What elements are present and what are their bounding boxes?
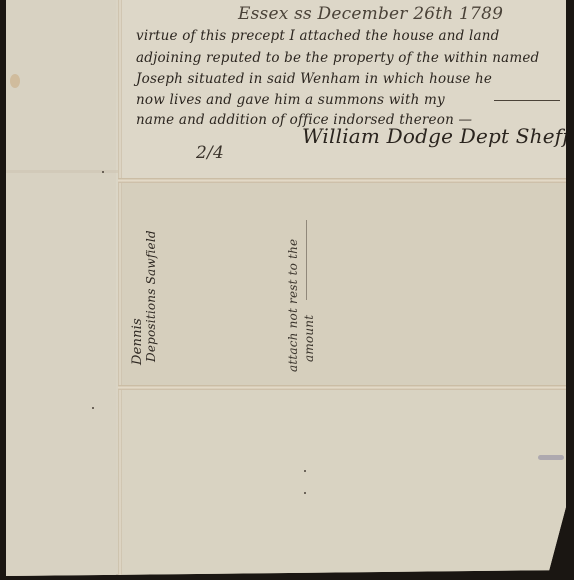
ink-smudge: [538, 455, 564, 460]
body-line-3: Joseph situated in said Wenham in which …: [136, 73, 492, 87]
ink-speck: [304, 492, 306, 494]
body-line-2: adjoining reputed to be the property of …: [136, 52, 539, 66]
document-viewer: Essex ss December 26th 1789 virtue of th…: [0, 0, 574, 580]
middle-docket-panel: [118, 182, 566, 387]
paper-sheet: Essex ss December 26th 1789 virtue of th…: [6, 0, 566, 576]
date-header: Essex ss December 26th 1789: [238, 4, 503, 24]
age-stain: [10, 74, 20, 88]
left-fold-panel: [6, 0, 116, 576]
horizontal-fold-crease-lower: [118, 385, 566, 390]
docket-name: Dennis: [130, 318, 145, 365]
bottom-blank-panel: [118, 389, 566, 576]
vertical-ink-rule: [306, 220, 307, 300]
horizontal-fold-crease-upper: [118, 178, 566, 183]
signature: William Dodge Dept Sheff: [302, 124, 570, 148]
ink-speck: [102, 171, 104, 173]
body-line-4: now lives and gave him a summons with my: [136, 94, 445, 108]
ink-speck: [304, 470, 306, 472]
ink-speck: [92, 407, 94, 409]
vertical-fold-crease: [118, 0, 122, 576]
body-line-1: virtue of this precept I attached the ho…: [136, 30, 500, 44]
endorsement-line-1: attach not rest to the: [286, 239, 300, 372]
endorsement-line-2: amount: [302, 315, 316, 362]
docket-title: Depositions Sawfield: [144, 230, 158, 362]
fraction-note: 2/4: [196, 143, 224, 163]
top-text-panel: [118, 0, 566, 180]
ink-rule: [494, 100, 560, 101]
